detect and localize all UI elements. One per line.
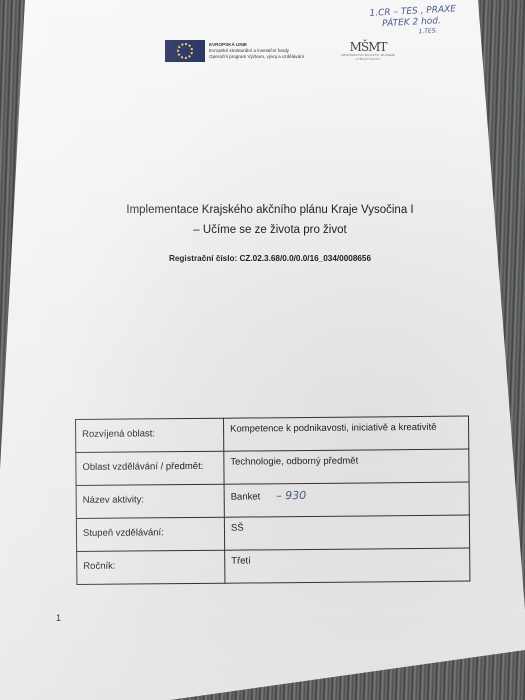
table-row: Stupeň vzdělávání: SŠ xyxy=(76,515,469,551)
row-value: Kompetence k podnikavosti, iniciativě a … xyxy=(223,416,468,451)
row-value: Banket– 930 xyxy=(224,482,469,517)
document-page: EVROPSKÁ UNIE Evropské strukturální a in… xyxy=(0,0,525,700)
row-label: Název aktivity: xyxy=(76,484,224,518)
value-text: Třetí xyxy=(231,555,251,566)
table-row: Oblast vzdělávání / předmět: Technologie… xyxy=(76,449,469,485)
document-title: Implementace Krajského akčního plánu Kra… xyxy=(110,200,430,240)
handwritten-note: 1.CR – TES , PRAXE PÁTEK 2 hod. 1.TES. xyxy=(369,3,480,38)
handwritten-value: – 930 xyxy=(276,489,306,502)
row-label: Oblast vzdělávání / předmět: xyxy=(76,451,224,485)
table-row: Název aktivity: Banket– 930 xyxy=(76,482,469,518)
row-label: Stupeň vzdělávání: xyxy=(76,517,224,551)
msmt-logo: MŠMT MINISTERSTVO ŠKOLSTVÍ, MLÁDEŽE A TĚ… xyxy=(341,40,395,64)
value-text: Kompetence k podnikavosti, iniciativě a … xyxy=(230,422,437,435)
eu-funding-text: EVROPSKÁ UNIE Evropské strukturální a in… xyxy=(209,42,304,60)
eu-flag-icon xyxy=(165,40,205,62)
activity-info-table: Rozvíjená oblast: Kompetence k podnikavo… xyxy=(75,416,470,585)
row-label: Ročník: xyxy=(77,550,225,584)
row-value: Technologie, odborný předmět xyxy=(224,449,469,484)
page-number: 1 xyxy=(56,613,61,623)
row-label: Rozvíjená oblast: xyxy=(76,418,224,452)
registration-number: Registrační číslo: CZ.02.3.68/0.0/0.0/16… xyxy=(110,254,430,263)
row-value: Třetí xyxy=(225,548,470,583)
msmt-mark: MŠMT xyxy=(341,40,395,54)
value-text: Technologie, odborný předmět xyxy=(230,456,358,468)
row-value: SŠ xyxy=(224,515,469,550)
value-text: Banket xyxy=(231,491,261,502)
table-row: Rozvíjená oblast: Kompetence k podnikavo… xyxy=(76,416,469,452)
eu-line3: Operační program Výzkum, vývoj a vzděláv… xyxy=(209,54,304,60)
table-row: Ročník: Třetí xyxy=(77,548,470,584)
msmt-subtitle: MINISTERSTVO ŠKOLSTVÍ, MLÁDEŽE A TĚLOVÝC… xyxy=(341,54,395,61)
value-text: SŠ xyxy=(231,523,244,534)
title-line1: Implementace Krajského akčního plánu Kra… xyxy=(110,200,430,220)
title-line2: – Učíme se ze života pro život xyxy=(110,220,430,240)
logo-bar: EVROPSKÁ UNIE Evropské strukturální a in… xyxy=(165,40,395,64)
